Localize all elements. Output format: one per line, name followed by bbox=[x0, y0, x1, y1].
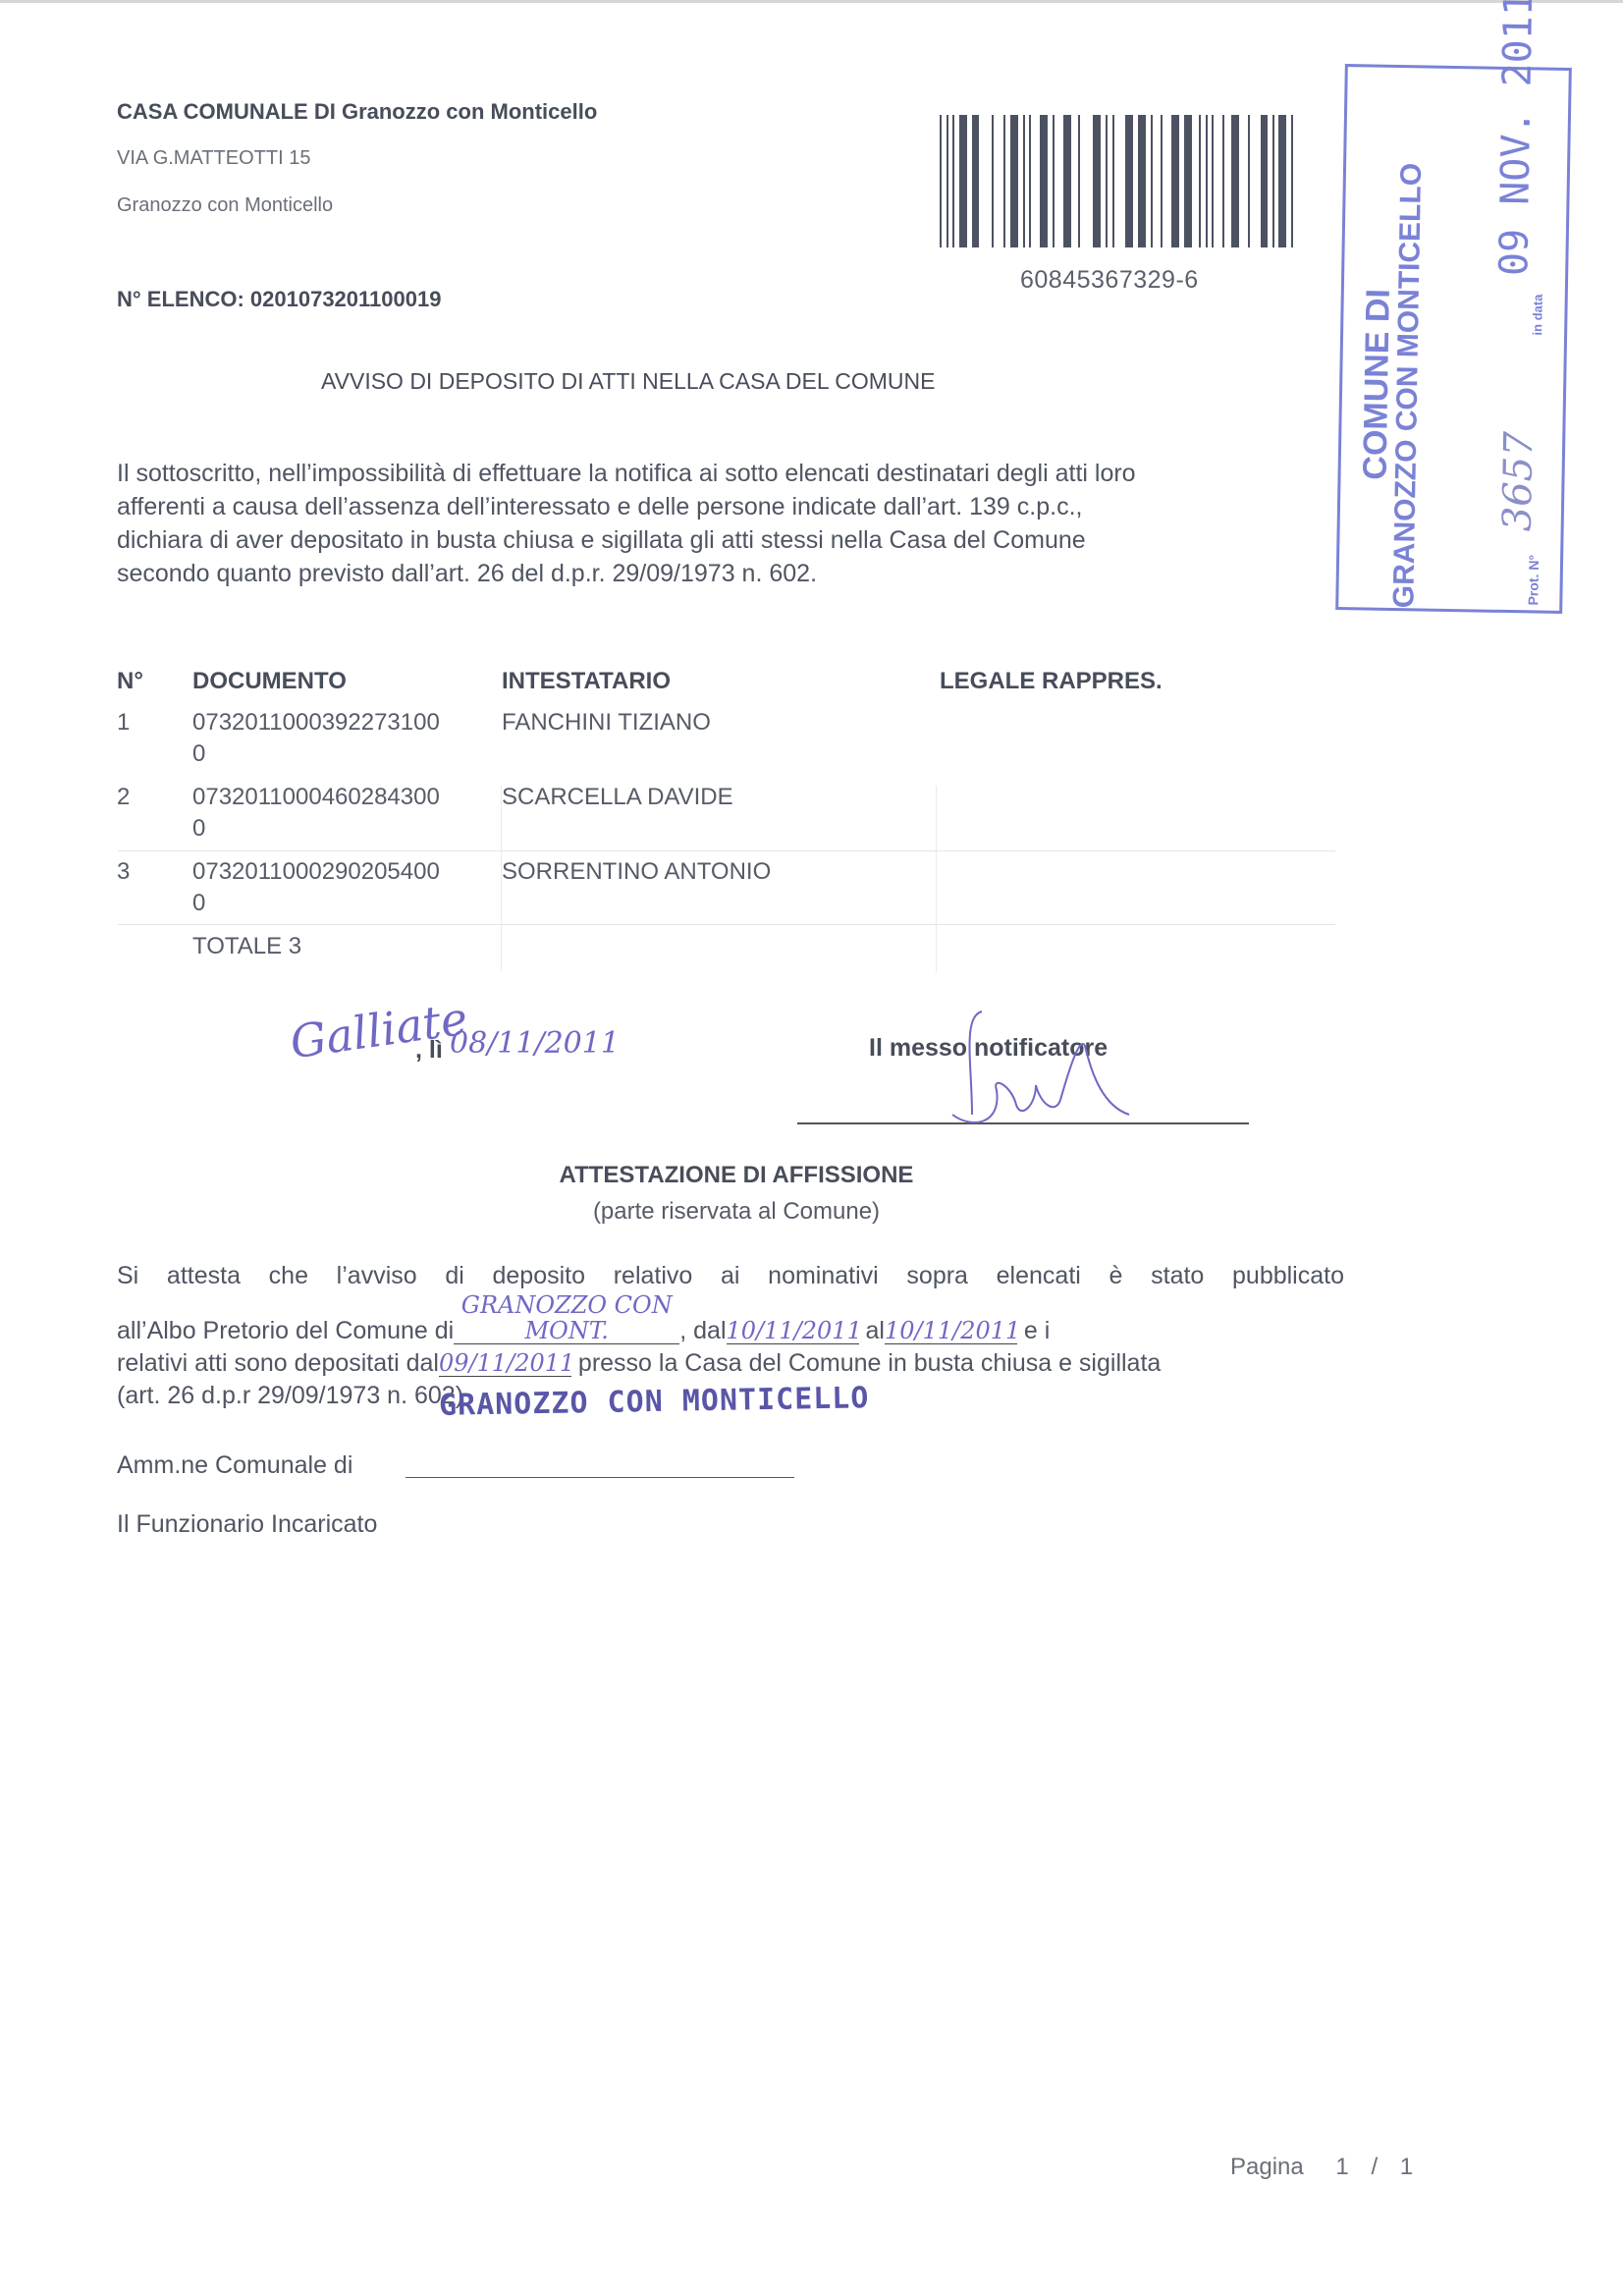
protocol-stamp: COMUNE DI GRANOZZO CON MONTICELLO 09 NOV… bbox=[1335, 64, 1572, 614]
text: all’Albo Pretorio del Comune di bbox=[117, 1317, 454, 1344]
row-divider bbox=[118, 850, 1335, 851]
attestazione-subtitle: (parte riservata al Comune) bbox=[0, 1198, 1473, 1226]
stamp-in-data: in data bbox=[1530, 294, 1545, 335]
cell-n: 1 bbox=[117, 707, 130, 738]
paragraph-line: afferenti a causa dell’assenza dell’inte… bbox=[117, 490, 1334, 523]
cell-documento-cont: 0 bbox=[192, 888, 205, 919]
text: relativi atti sono depositati dal bbox=[117, 1349, 439, 1377]
pagina-label: Pagina bbox=[1230, 2154, 1304, 2180]
barcode-number: 60845367329-6 bbox=[1020, 266, 1199, 295]
paragraph-line: dichiara di aver depositato in busta chi… bbox=[117, 523, 1334, 557]
stamp-comune-name: GRANOZZO CON MONTICELLO bbox=[1387, 163, 1429, 609]
cell-documento: 0732011000392273100 bbox=[192, 707, 440, 738]
barcode-icon bbox=[940, 115, 1293, 247]
dal-date-handwritten: 10/11/2011 bbox=[727, 1318, 859, 1344]
attestazione-line: all’Albo Pretorio del Comune diGRANOZZO … bbox=[117, 1292, 1344, 1347]
attestazione-line: relativi atti sono depositati dal09/11/2… bbox=[117, 1347, 1344, 1380]
stamp-prot-number: 3657 bbox=[1495, 431, 1542, 532]
comune-handwritten: GRANOZZO CON MONT. bbox=[454, 1292, 679, 1344]
page-top-edge bbox=[0, 0, 1623, 3]
attestazione-line: Si attesta che l’avviso di deposito rela… bbox=[117, 1260, 1344, 1292]
cell-documento-cont: 0 bbox=[192, 813, 205, 845]
stamp-date: 09 NOV. 2011 bbox=[1491, 0, 1542, 276]
page-indicator: Pagina 1 / 1 bbox=[1230, 2154, 1413, 2181]
col-header-documento: DOCUMENTO bbox=[192, 668, 347, 695]
cell-intestatario: SCARCELLA DAVIDE bbox=[502, 782, 733, 813]
cell-documento: 0732011000290205400 bbox=[192, 856, 440, 888]
cell-intestatario: SORRENTINO ANTONIO bbox=[502, 856, 771, 888]
header-address-city: Granozzo con Monticello bbox=[117, 194, 333, 217]
cell-n: 2 bbox=[117, 782, 130, 813]
cell-documento: 0732011000460284300 bbox=[192, 782, 440, 813]
page-total: 1 bbox=[1400, 2154, 1413, 2180]
attestazione-title: ATTESTAZIONE DI AFFISSIONE bbox=[0, 1162, 1473, 1189]
col-header-n: N° bbox=[117, 668, 143, 695]
document-title: AVVISO DI DEPOSITO DI ATTI NELLA CASA DE… bbox=[321, 368, 935, 395]
paragraph-line: secondo quanto previsto dall’art. 26 del… bbox=[117, 557, 1334, 590]
text: , dal bbox=[679, 1317, 726, 1344]
funzionario-label: Il Funzionario Incaricato bbox=[117, 1510, 377, 1539]
column-divider bbox=[936, 786, 937, 972]
messo-signature bbox=[943, 1007, 1159, 1139]
col-header-intestatario: INTESTATARIO bbox=[502, 668, 671, 695]
intro-paragraph: Il sottoscritto, nell’impossibilità di e… bbox=[117, 457, 1334, 590]
depositati-date-handwritten: 09/11/2011 bbox=[439, 1350, 571, 1377]
cell-n: 3 bbox=[117, 856, 130, 888]
comune-name-stamp: GRANOZZO CON MONTICELLO bbox=[439, 1381, 870, 1423]
cell-documento-cont: 0 bbox=[192, 738, 205, 770]
header-title: CASA COMUNALE DI Granozzo con Monticello bbox=[117, 99, 597, 125]
header-address-street: VIA G.MATTEOTTI 15 bbox=[117, 147, 310, 170]
place-handwritten: Galliate bbox=[287, 992, 470, 1069]
li-label: , lì bbox=[415, 1036, 443, 1065]
cell-intestatario: FANCHINI TIZIANO bbox=[502, 707, 711, 738]
amm-comunale-line bbox=[406, 1477, 794, 1478]
text: presso la Casa del Comune in busta chius… bbox=[578, 1349, 1161, 1377]
row-divider bbox=[118, 924, 1335, 925]
date-handwritten: 08/11/2011 bbox=[450, 1026, 620, 1061]
page-current: 1 bbox=[1335, 2154, 1348, 2180]
elenco-number: N° ELENCO: 0201073201100019 bbox=[117, 287, 441, 312]
table-total: TOTALE 3 bbox=[192, 931, 301, 962]
page-separator: / bbox=[1371, 2154, 1378, 2180]
al-date-handwritten: 10/11/2011 bbox=[885, 1318, 1017, 1344]
text: al bbox=[865, 1317, 884, 1344]
col-header-legale: LEGALE RAPPRES. bbox=[940, 668, 1163, 695]
paragraph-line: Il sottoscritto, nell’impossibilità di e… bbox=[117, 457, 1334, 490]
amm-comunale-label: Amm.ne Comunale di bbox=[117, 1451, 352, 1480]
text: e i bbox=[1024, 1317, 1050, 1344]
stamp-prot-label: Prot. N° bbox=[1525, 555, 1542, 606]
